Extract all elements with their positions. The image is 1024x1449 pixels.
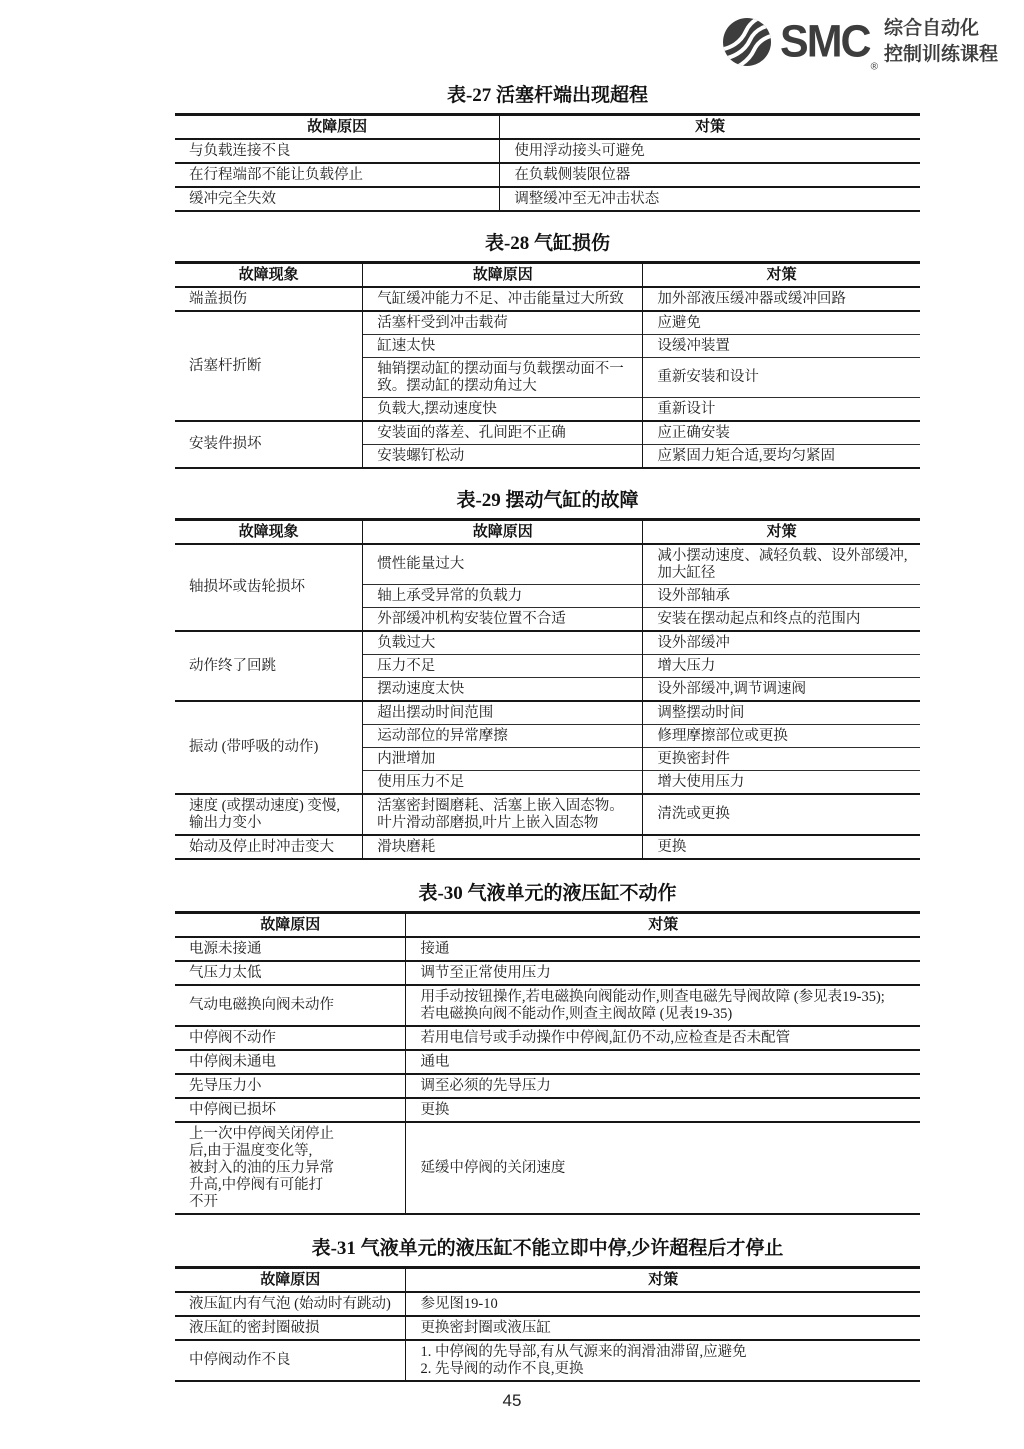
table-cell: 接通 — [406, 937, 920, 961]
table-row: 电源未接通接通 — [175, 937, 920, 961]
table-cell: 应紧固力矩合适,要均匀紧固 — [643, 445, 920, 469]
table-cell: 若用电信号或手动操作中停阀,缸仍不动,应检查是否未配管 — [406, 1026, 920, 1050]
table-cell: 清洗或更换 — [643, 794, 920, 835]
table-28-container: 故障现象故障原因对策端盖损伤气缸缓冲能力不足、冲击能量过大所致加外部液压缓冲器或… — [175, 261, 920, 469]
table-header-row: 故障原因对策 — [175, 913, 920, 938]
table-row: 气动电磁换向阀未动作用手动按钮操作,若电磁换向阀能动作,则查电磁先导阀故障 (参… — [175, 985, 920, 1026]
table-cell: 上一次中停阀关闭停止 后,由于温度变化等, 被封入的油的压力异常 升高,中停阀有… — [175, 1122, 406, 1214]
table-cell: 在负载侧装限位器 — [500, 163, 920, 187]
table-cell: 活塞杆折断 — [175, 311, 363, 421]
table-cell: 调整摆动时间 — [643, 701, 920, 725]
table-cell: 中停阀已损坏 — [175, 1098, 406, 1122]
table-cell: 负载过大 — [363, 631, 643, 655]
table-cell: 内泄增加 — [363, 748, 643, 771]
table-row: 端盖损伤气缸缓冲能力不足、冲击能量过大所致加外部液压缓冲器或缓冲回路 — [175, 287, 920, 311]
table-cell: 减小摆动速度、减轻负载、设外部缓冲, 加大缸径 — [643, 544, 920, 585]
table-cell: 轴上承受异常的负载力 — [363, 585, 643, 608]
table-cell: 始动及停止时冲击变大 — [175, 835, 363, 859]
page-number: 45 — [0, 1391, 1024, 1411]
table-cell: 增大压力 — [643, 655, 920, 678]
table-cell: 缸速太快 — [363, 335, 643, 358]
table-title: 表-28 气缸损伤 — [175, 232, 920, 256]
table-29-container: 故障现象故障原因对策轴损坏或齿轮损坏惯性能量过大减小摆动速度、减轻负载、设外部缓… — [175, 518, 920, 860]
table-cell: 更换 — [406, 1098, 920, 1122]
table-row: 与负载连接不良使用浮动接头可避免 — [175, 139, 920, 163]
table-cell: 先导压力小 — [175, 1074, 406, 1098]
table-header-cell: 故障原因 — [175, 913, 406, 938]
table-header-cell: 故障原因 — [363, 263, 643, 288]
brand-tagline: 综合自动化 控制训练课程 — [884, 16, 998, 67]
table-cell: 缓冲完全失效 — [175, 187, 500, 211]
table-header-cell: 故障原因 — [363, 520, 643, 545]
table-row: 液压缸内有气泡 (始动时有跳动)参见图19-10 — [175, 1292, 920, 1316]
table-row: 振动 (带呼吸的动作)超出摆动时间范围调整摆动时间 — [175, 701, 920, 725]
table-title: 表-30 气液单元的液压缸不动作 — [175, 882, 920, 906]
table-header-cell: 对策 — [500, 115, 920, 140]
table-header-cell: 对策 — [643, 263, 920, 288]
table-section-29: 表-29 摆动气缸的故障 故障现象故障原因对策轴损坏或齿轮损坏惯性能量过大减小摆… — [175, 489, 920, 860]
table-row: 气压力太低调节至正常使用压力 — [175, 961, 920, 985]
table-section-27: 表-27 活塞杆端出现超程 故障原因对策与负载连接不良使用浮动接头可避免在行程端… — [175, 84, 920, 212]
document-page: 表-27 活塞杆端出现超程 故障原因对策与负载连接不良使用浮动接头可避免在行程端… — [175, 0, 920, 1382]
table-cell: 端盖损伤 — [175, 287, 363, 311]
table-29: 故障现象故障原因对策轴损坏或齿轮损坏惯性能量过大减小摆动速度、减轻负载、设外部缓… — [175, 518, 920, 860]
table-row: 速度 (或摆动速度) 变慢, 输出力变小活塞密封圈磨耗、活塞上嵌入固态物。 叶片… — [175, 794, 920, 835]
table-cell: 参见图19-10 — [406, 1292, 920, 1316]
table-header-row: 故障原因对策 — [175, 1268, 920, 1293]
table-cell: 中停阀动作不良 — [175, 1340, 406, 1381]
table-cell: 运动部位的异常摩擦 — [363, 725, 643, 748]
table-row: 动作终了回跳负载过大设外部缓冲 — [175, 631, 920, 655]
table-30: 故障原因对策电源未接通接通气压力太低调节至正常使用压力气动电磁换向阀未动作用手动… — [175, 911, 920, 1215]
table-cell: 中停阀未通电 — [175, 1050, 406, 1074]
table-header-row: 故障现象故障原因对策 — [175, 263, 920, 288]
table-header-cell: 对策 — [406, 1268, 920, 1293]
table-cell: 与负载连接不良 — [175, 139, 500, 163]
table-row: 缓冲完全失效调整缓冲至无冲击状态 — [175, 187, 920, 211]
table-cell: 调至必须的先导压力 — [406, 1074, 920, 1098]
table-cell: 使用浮动接头可避免 — [500, 139, 920, 163]
table-row: 始动及停止时冲击变大滑块磨耗更换 — [175, 835, 920, 859]
table-cell: 更换密封件 — [643, 748, 920, 771]
table-cell: 电源未接通 — [175, 937, 406, 961]
table-row: 在行程端部不能让负载停止在负载侧装限位器 — [175, 163, 920, 187]
table-28: 故障现象故障原因对策端盖损伤气缸缓冲能力不足、冲击能量过大所致加外部液压缓冲器或… — [175, 261, 920, 469]
brand-tagline-line2: 控制训练课程 — [884, 42, 998, 68]
table-row: 活塞杆折断活塞杆受到冲击载荷应避免 — [175, 311, 920, 335]
table-cell: 安装螺钉松动 — [363, 445, 643, 469]
table-cell: 设缓冲装置 — [643, 335, 920, 358]
table-header-cell: 对策 — [643, 520, 920, 545]
table-cell: 轴损坏或齿轮损坏 — [175, 544, 363, 631]
table-cell: 安装面的落差、孔间距不正确 — [363, 421, 643, 445]
table-cell: 气缸缓冲能力不足、冲击能量过大所致 — [363, 287, 643, 311]
table-row: 中停阀已损坏更换 — [175, 1098, 920, 1122]
table-cell: 活塞杆受到冲击载荷 — [363, 311, 643, 335]
table-cell: 应正确安装 — [643, 421, 920, 445]
table-cell: 速度 (或摆动速度) 变慢, 输出力变小 — [175, 794, 363, 835]
table-cell: 气压力太低 — [175, 961, 406, 985]
table-cell: 中停阀不动作 — [175, 1026, 406, 1050]
table-header-cell: 故障原因 — [175, 1268, 406, 1293]
table-row: 安装件损坏安装面的落差、孔间距不正确应正确安装 — [175, 421, 920, 445]
table-cell: 安装在摆动起点和终点的范围内 — [643, 608, 920, 632]
table-row: 先导压力小调至必须的先导压力 — [175, 1074, 920, 1098]
table-cell: 重新设计 — [643, 398, 920, 422]
table-cell: 调整缓冲至无冲击状态 — [500, 187, 920, 211]
table-cell: 调节至正常使用压力 — [406, 961, 920, 985]
table-cell: 更换 — [643, 835, 920, 859]
table-row: 上一次中停阀关闭停止 后,由于温度变化等, 被封入的油的压力异常 升高,中停阀有… — [175, 1122, 920, 1214]
table-cell: 液压缸的密封圈破损 — [175, 1316, 406, 1340]
brand-tagline-line1: 综合自动化 — [884, 16, 998, 42]
table-header-cell: 故障现象 — [175, 263, 363, 288]
table-title: 表-27 活塞杆端出现超程 — [175, 84, 920, 108]
table-header-row: 故障现象故障原因对策 — [175, 520, 920, 545]
table-cell: 应避免 — [643, 311, 920, 335]
table-cell: 1. 中停阀的先导部,有从气源来的润滑油滞留,应避免 2. 先导阀的动作不良,更… — [406, 1340, 920, 1381]
table-cell: 设外部缓冲 — [643, 631, 920, 655]
table-row: 轴损坏或齿轮损坏惯性能量过大减小摆动速度、减轻负载、设外部缓冲, 加大缸径 — [175, 544, 920, 585]
table-row: 中停阀动作不良1. 中停阀的先导部,有从气源来的润滑油滞留,应避免 2. 先导阀… — [175, 1340, 920, 1381]
table-section-28: 表-28 气缸损伤 故障现象故障原因对策端盖损伤气缸缓冲能力不足、冲击能量过大所… — [175, 232, 920, 469]
table-cell: 用手动按钮操作,若电磁换向阀能动作,则查电磁先导阀故障 (参见表19-35); … — [406, 985, 920, 1026]
table-cell: 延缓中停阀的关闭速度 — [406, 1122, 920, 1214]
table-header-cell: 对策 — [406, 913, 920, 938]
registered-mark: ® — [871, 60, 878, 72]
table-cell: 使用压力不足 — [363, 771, 643, 795]
table-cell: 增大使用压力 — [643, 771, 920, 795]
table-cell: 修理摩擦部位或更换 — [643, 725, 920, 748]
table-cell: 负载大,摆动速度快 — [363, 398, 643, 422]
table-30-container: 故障原因对策电源未接通接通气压力太低调节至正常使用压力气动电磁换向阀未动作用手动… — [175, 911, 920, 1215]
table-title: 表-29 摆动气缸的故障 — [175, 489, 920, 513]
table-31: 故障原因对策液压缸内有气泡 (始动时有跳动)参见图19-10液压缸的密封圈破损更… — [175, 1266, 920, 1382]
table-cell: 振动 (带呼吸的动作) — [175, 701, 363, 794]
table-header-cell: 故障原因 — [175, 115, 500, 140]
table-row: 中停阀不动作若用电信号或手动操作中停阀,缸仍不动,应检查是否未配管 — [175, 1026, 920, 1050]
table-cell: 加外部液压缓冲器或缓冲回路 — [643, 287, 920, 311]
table-cell: 重新安装和设计 — [643, 358, 920, 398]
table-cell: 液压缸内有气泡 (始动时有跳动) — [175, 1292, 406, 1316]
table-cell: 摆动速度太快 — [363, 678, 643, 702]
table-cell: 滑块磨耗 — [363, 835, 643, 859]
smc-logo-icon — [721, 16, 773, 68]
table-31-container: 故障原因对策液压缸内有气泡 (始动时有跳动)参见图19-10液压缸的密封圈破损更… — [175, 1266, 920, 1382]
table-section-31: 表-31 气液单元的液压缸不能立即中停,少许超程后才停止 故障原因对策液压缸内有… — [175, 1237, 920, 1382]
table-cell: 活塞密封圈磨耗、活塞上嵌入固态物。 叶片滑动部磨损,叶片上嵌入固态物 — [363, 794, 643, 835]
table-cell: 气动电磁换向阀未动作 — [175, 985, 406, 1026]
table-cell: 安装件损坏 — [175, 421, 363, 468]
table-header-cell: 故障现象 — [175, 520, 363, 545]
table-cell: 更换密封圈或液压缸 — [406, 1316, 920, 1340]
smc-logo-word: SMC® — [780, 19, 877, 64]
table-row: 中停阀未通电通电 — [175, 1050, 920, 1074]
table-cell: 轴销摆动缸的摆动面与负载摆动面不一 致。摆动缸的摆动角过大 — [363, 358, 643, 398]
table-cell: 设外部缓冲,调节调速阀 — [643, 678, 920, 702]
table-row: 液压缸的密封圈破损更换密封圈或液压缸 — [175, 1316, 920, 1340]
table-title: 表-31 气液单元的液压缸不能立即中停,少许超程后才停止 — [175, 1237, 920, 1261]
table-header-row: 故障原因对策 — [175, 115, 920, 140]
table-cell: 在行程端部不能让负载停止 — [175, 163, 500, 187]
table-cell: 通电 — [406, 1050, 920, 1074]
table-27: 故障原因对策与负载连接不良使用浮动接头可避免在行程端部不能让负载停止在负载侧装限… — [175, 113, 920, 212]
table-cell: 外部缓冲机构安装位置不合适 — [363, 608, 643, 632]
table-27-container: 故障原因对策与负载连接不良使用浮动接头可避免在行程端部不能让负载停止在负载侧装限… — [175, 113, 920, 212]
table-cell: 惯性能量过大 — [363, 544, 643, 585]
table-cell: 超出摆动时间范围 — [363, 701, 643, 725]
brand-header: SMC® 综合自动化 控制训练课程 — [721, 16, 998, 68]
table-section-30: 表-30 气液单元的液压缸不动作 故障原因对策电源未接通接通气压力太低调节至正常… — [175, 882, 920, 1215]
table-cell: 动作终了回跳 — [175, 631, 363, 701]
table-cell: 设外部轴承 — [643, 585, 920, 608]
table-cell: 压力不足 — [363, 655, 643, 678]
